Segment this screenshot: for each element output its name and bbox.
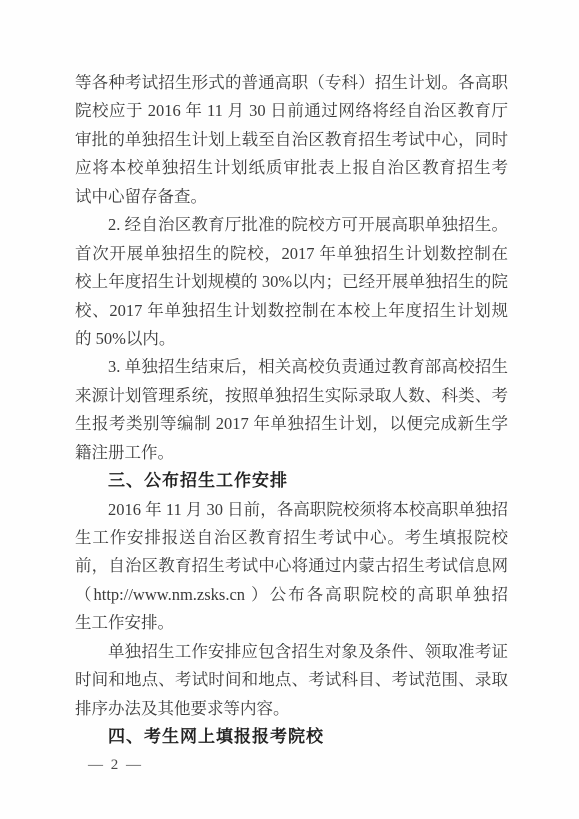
text-line: 时间和地点、考试时间和地点、考试科目、考试范围、录取 <box>75 666 508 694</box>
text-line: 单独招生工作安排应包含招生对象及条件、领取准考证 <box>75 638 508 666</box>
text-line: 籍注册工作。 <box>75 439 508 467</box>
text-line: 院校应于 2016 年 11 月 30 日前通过网络将经自治区教育厅 <box>75 97 508 125</box>
text-line: 2016 年 11 月 30 日前，各高职院校须将本校高职单独招 <box>75 496 508 524</box>
document-page: 等各种考试招生形式的普通高职（专科）招生计划。各高职 院校应于 2016 年 1… <box>0 0 579 819</box>
text-line: 校上年度招生计划规模的 30%以内；已经开展单独招生的院 <box>75 268 508 296</box>
text-line: 排序办法及其他要求等内容。 <box>75 695 508 723</box>
text-line: 的 50%以内。 <box>75 325 508 353</box>
section-heading-4: 四、考生网上填报报考院校 <box>75 723 508 751</box>
text-line: （http://www.nm.zsks.cn ）公布各高职院校的高职单独招 <box>75 581 508 609</box>
text-line: 2. 经自治区教育厅批准的院校方可开展高职单独招生。 <box>75 211 508 239</box>
text-line: 首次开展单独招生的院校，2017 年单独招生计划数控制在本 <box>75 240 508 268</box>
section-heading-3: 三、公布招生工作安排 <box>75 467 508 495</box>
text-line: 来源计划管理系统，按照单独招生实际录取人数、科类、考 <box>75 382 508 410</box>
text-line: 试中心留存备查。 <box>75 183 508 211</box>
text-line: 3. 单独招生结束后，相关高校负责通过教育部高校招生 <box>75 353 508 381</box>
page-number: — 2 — <box>88 753 143 777</box>
text-line: 生报考类别等编制 2017 年单独招生计划，以便完成新生学 <box>75 410 508 438</box>
text-line: 审批的单独招生计划上载至自治区教育招生考试中心，同时 <box>75 126 508 154</box>
text-line: 生工作安排。 <box>75 609 508 637</box>
text-line: 等各种考试招生形式的普通高职（专科）招生计划。各高职 <box>75 69 508 97</box>
document-body: 等各种考试招生形式的普通高职（专科）招生计划。各高职 院校应于 2016 年 1… <box>75 69 508 752</box>
text-line: 前，自治区教育招生考试中心将通过内蒙古招生考试信息网 <box>75 552 508 580</box>
text-line: 校、2017 年单独招生计划数控制在本校上年度招生计划规模 <box>75 297 508 325</box>
text-line: 应将本校单独招生计划纸质审批表上报自治区教育招生考 <box>75 154 508 182</box>
text-line: 生工作安排报送自治区教育招生考试中心。考生填报院校 <box>75 524 508 552</box>
